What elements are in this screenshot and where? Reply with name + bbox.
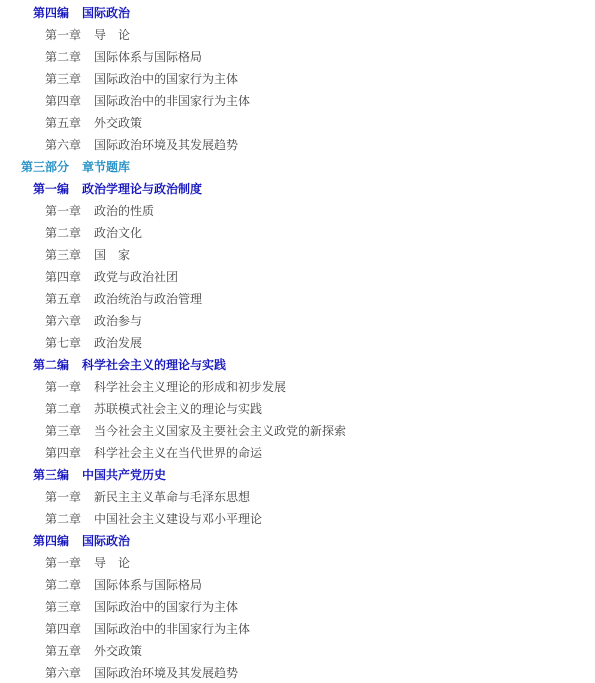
row-title: 国 家	[94, 248, 130, 262]
toc-chapter-entry: 第三章国际政治中的国家行为主体	[0, 68, 595, 90]
row-label: 第四编	[33, 6, 69, 20]
toc-section-heading: 第四编国际政治	[0, 530, 595, 552]
row-label: 第一编	[33, 182, 69, 196]
toc-section-heading: 第二编科学社会主义的理论与实践	[0, 354, 595, 376]
toc-chapter-entry: 第一章科学社会主义理论的形成和初步发展	[0, 376, 595, 398]
toc-chapter-entry: 第二章国际体系与国际格局	[0, 574, 595, 596]
row-label: 第二章	[45, 226, 81, 240]
row-title: 国际政治中的非国家行为主体	[94, 622, 250, 636]
toc-chapter-entry: 第六章国际政治环境及其发展趋势	[0, 662, 595, 683]
row-title: 国际政治中的国家行为主体	[94, 72, 238, 86]
toc-chapter-entry: 第六章政治参与	[0, 310, 595, 332]
row-title: 政治的性质	[94, 204, 154, 218]
toc-chapter-entry: 第五章外交政策	[0, 640, 595, 662]
toc-chapter-entry: 第一章导 论	[0, 24, 595, 46]
row-label: 第六章	[45, 138, 81, 152]
row-label: 第二编	[33, 358, 69, 372]
row-title: 外交政策	[94, 116, 142, 130]
toc-chapter-entry: 第三章当今社会主义国家及主要社会主义政党的新探索	[0, 420, 595, 442]
row-title: 新民主主义革命与毛泽东思想	[94, 490, 250, 504]
row-label: 第四章	[45, 446, 81, 460]
row-title: 苏联模式社会主义的理论与实践	[94, 402, 262, 416]
toc-section-heading: 第四编国际政治	[0, 2, 595, 24]
row-title: 政治学理论与政治制度	[82, 182, 202, 196]
toc-chapter-entry: 第六章国际政治环境及其发展趋势	[0, 134, 595, 156]
toc-chapter-entry: 第二章政治文化	[0, 222, 595, 244]
row-title: 国际政治	[82, 6, 130, 20]
toc-part-heading: 第三部分章节题库	[0, 156, 595, 178]
row-label: 第六章	[45, 666, 81, 680]
row-title: 科学社会主义在当代世界的命运	[94, 446, 262, 460]
row-label: 第三章	[45, 424, 81, 438]
row-label: 第三部分	[21, 160, 69, 174]
row-label: 第六章	[45, 314, 81, 328]
toc-chapter-entry: 第五章外交政策	[0, 112, 595, 134]
row-label: 第四章	[45, 270, 81, 284]
row-title: 国际政治中的国家行为主体	[94, 600, 238, 614]
toc-chapter-entry: 第一章政治的性质	[0, 200, 595, 222]
toc-chapter-entry: 第一章新民主主义革命与毛泽东思想	[0, 486, 595, 508]
toc-chapter-entry: 第二章中国社会主义建设与邓小平理论	[0, 508, 595, 530]
row-title: 科学社会主义的理论与实践	[82, 358, 226, 372]
row-title: 国际政治环境及其发展趋势	[94, 666, 238, 680]
row-label: 第三章	[45, 600, 81, 614]
toc-chapter-entry: 第一章导 论	[0, 552, 595, 574]
row-title: 国际体系与国际格局	[94, 578, 202, 592]
row-label: 第四编	[33, 534, 69, 548]
toc-chapter-entry: 第四章政党与政治社团	[0, 266, 595, 288]
row-label: 第二章	[45, 512, 81, 526]
row-label: 第一章	[45, 556, 81, 570]
row-label: 第一章	[45, 490, 81, 504]
toc-chapter-entry: 第四章国际政治中的非国家行为主体	[0, 618, 595, 640]
table-of-contents: 第四编国际政治第一章导 论第二章国际体系与国际格局第三章国际政治中的国家行为主体…	[0, 0, 595, 683]
toc-chapter-entry: 第二章国际体系与国际格局	[0, 46, 595, 68]
row-label: 第二章	[45, 578, 81, 592]
row-label: 第二章	[45, 402, 81, 416]
toc-chapter-entry: 第五章政治统治与政治管理	[0, 288, 595, 310]
row-label: 第四章	[45, 622, 81, 636]
row-title: 国际政治	[82, 534, 130, 548]
toc-chapter-entry: 第四章国际政治中的非国家行为主体	[0, 90, 595, 112]
row-label: 第二章	[45, 50, 81, 64]
row-label: 第五章	[45, 292, 81, 306]
toc-chapter-entry: 第三章国 家	[0, 244, 595, 266]
row-label: 第三章	[45, 248, 81, 262]
row-label: 第三编	[33, 468, 69, 482]
row-title: 当今社会主义国家及主要社会主义政党的新探索	[94, 424, 346, 438]
row-title: 政党与政治社团	[94, 270, 178, 284]
row-title: 章节题库	[82, 160, 130, 174]
row-label: 第五章	[45, 116, 81, 130]
row-title: 政治发展	[94, 336, 142, 350]
toc-chapter-entry: 第四章科学社会主义在当代世界的命运	[0, 442, 595, 464]
toc-chapter-entry: 第七章政治发展	[0, 332, 595, 354]
row-label: 第三章	[45, 72, 81, 86]
row-title: 导 论	[94, 556, 130, 570]
row-title: 政治文化	[94, 226, 142, 240]
row-label: 第一章	[45, 204, 81, 218]
toc-chapter-entry: 第二章苏联模式社会主义的理论与实践	[0, 398, 595, 420]
row-title: 国际体系与国际格局	[94, 50, 202, 64]
row-title: 政治统治与政治管理	[94, 292, 202, 306]
row-title: 国际政治中的非国家行为主体	[94, 94, 250, 108]
row-title: 中国共产党历史	[82, 468, 166, 482]
row-label: 第一章	[45, 380, 81, 394]
row-label: 第四章	[45, 94, 81, 108]
row-title: 政治参与	[94, 314, 142, 328]
row-title: 科学社会主义理论的形成和初步发展	[94, 380, 286, 394]
row-title: 国际政治环境及其发展趋势	[94, 138, 238, 152]
toc-section-heading: 第一编政治学理论与政治制度	[0, 178, 595, 200]
row-label: 第五章	[45, 644, 81, 658]
row-title: 中国社会主义建设与邓小平理论	[94, 512, 262, 526]
row-title: 外交政策	[94, 644, 142, 658]
toc-section-heading: 第三编中国共产党历史	[0, 464, 595, 486]
row-title: 导 论	[94, 28, 130, 42]
row-label: 第一章	[45, 28, 81, 42]
row-label: 第七章	[45, 336, 81, 350]
toc-chapter-entry: 第三章国际政治中的国家行为主体	[0, 596, 595, 618]
